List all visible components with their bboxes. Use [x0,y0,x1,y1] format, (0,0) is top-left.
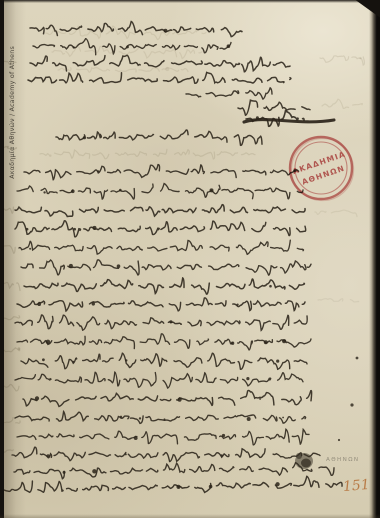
ink-blob [35,396,39,400]
handwriting-stroke [21,260,311,275]
right-border-edge [369,0,380,518]
scanned-manuscript-page: ΑΚΑΔΗΜΙΑ ΑΘΗΝΩΝ Ακαδημία Αθηνών / Academ… [0,0,380,518]
ink-blob [69,264,73,268]
handwriting-stroke [238,100,310,115]
handwriting-stroke [12,447,320,461]
handwriting-stroke [315,210,357,217]
left-border-edge [0,0,4,518]
ink-blob [139,417,141,419]
handwriting-layer [0,0,380,518]
ink-blob [246,377,249,380]
ink-blob [42,358,45,361]
watermark-text: ΑΘΗΝΩΝ [326,457,359,463]
ink-blob [359,57,361,59]
handwriting-stroke [21,353,307,369]
ink-blob [97,170,99,172]
ink-blob [125,453,127,455]
ink-blob [126,46,129,49]
ink-blob [276,360,279,363]
ink-blob [237,304,239,306]
ink-blob [71,190,75,194]
ink-blob [134,436,138,440]
ink-blob [46,340,51,345]
ink-blob [282,339,286,343]
ink-blob [93,226,97,230]
ink-blob [221,454,223,456]
handwriting-stroke [30,55,290,72]
stamp-graphic: ΑΚΑΔΗΜΙΑ ΑΘΗΝΩΝ [286,133,356,203]
handwriting-stroke [4,476,342,492]
ink-blob [47,454,50,457]
ink-speck [338,439,340,441]
ink-speck [350,403,353,406]
handwriting-stroke [15,412,306,424]
ink-blob [276,482,280,486]
ink-blob [164,418,166,420]
ink-blob [231,342,234,345]
handwriting-stroke [322,99,362,108]
handwriting-stroke [28,72,291,83]
left-gutter-shadow [4,0,26,518]
handwriting-stroke [46,26,206,39]
handwriting-stroke [40,149,255,159]
ink-blob [92,302,95,305]
handwriting-stroke [244,120,334,122]
ink-blob [73,228,76,231]
handwriting-stroke [30,22,242,37]
handwriting-stroke [15,315,307,330]
handwriting-stroke [24,165,299,180]
ink-blob [29,248,31,250]
folio-page-number: 151 [342,477,370,495]
handwriting-stroke [17,298,305,311]
ink-blob [73,46,75,48]
ink-blob [210,188,214,192]
ink-blob [176,485,180,489]
ink-blob [37,302,41,306]
ink-speck [356,357,359,360]
handwriting-stroke [15,221,306,237]
ink-blob [282,417,284,419]
handwriting-stroke [19,240,303,254]
ink-blob [83,136,86,139]
handwriting-stroke [17,184,303,200]
ink-blob [264,340,268,344]
ink-blob [269,285,272,288]
ink-blob [222,434,225,437]
handwriting-stroke [23,391,312,407]
bottom-border-edge [0,514,380,518]
ink-blob [117,264,121,268]
handwriting-stroke [14,463,334,479]
ink-blob [63,471,66,474]
ink-blob [125,359,127,361]
ink-blot [296,453,302,459]
ink-blob [120,416,122,418]
ink-blob [165,67,169,71]
ink-blob [72,361,74,363]
ink-blob [43,191,45,193]
handwriting-stroke [186,88,272,99]
handwriting-stroke [318,299,359,302]
handwriting-stroke [15,372,303,388]
handwriting-stroke [56,130,262,145]
ink-blob [178,398,182,402]
handwriting-stroke [17,429,309,445]
handwriting-stroke [24,278,304,294]
ink-blob [227,44,231,48]
ink-blob [164,29,168,33]
handwriting-stroke [320,56,364,65]
academy-stamp: ΑΚΑΔΗΜΙΑ ΑΘΗΝΩΝ [286,133,356,207]
handwriting-stroke [15,205,305,217]
ink-blob [119,189,122,192]
top-border-edge [0,0,380,3]
ink-blob [247,417,251,421]
ink-blob [209,485,213,489]
ink-blob [169,320,172,323]
ink-blob [26,228,29,231]
ink-blob [92,469,96,473]
ink-blot [301,459,311,468]
ink-blob [259,398,261,400]
